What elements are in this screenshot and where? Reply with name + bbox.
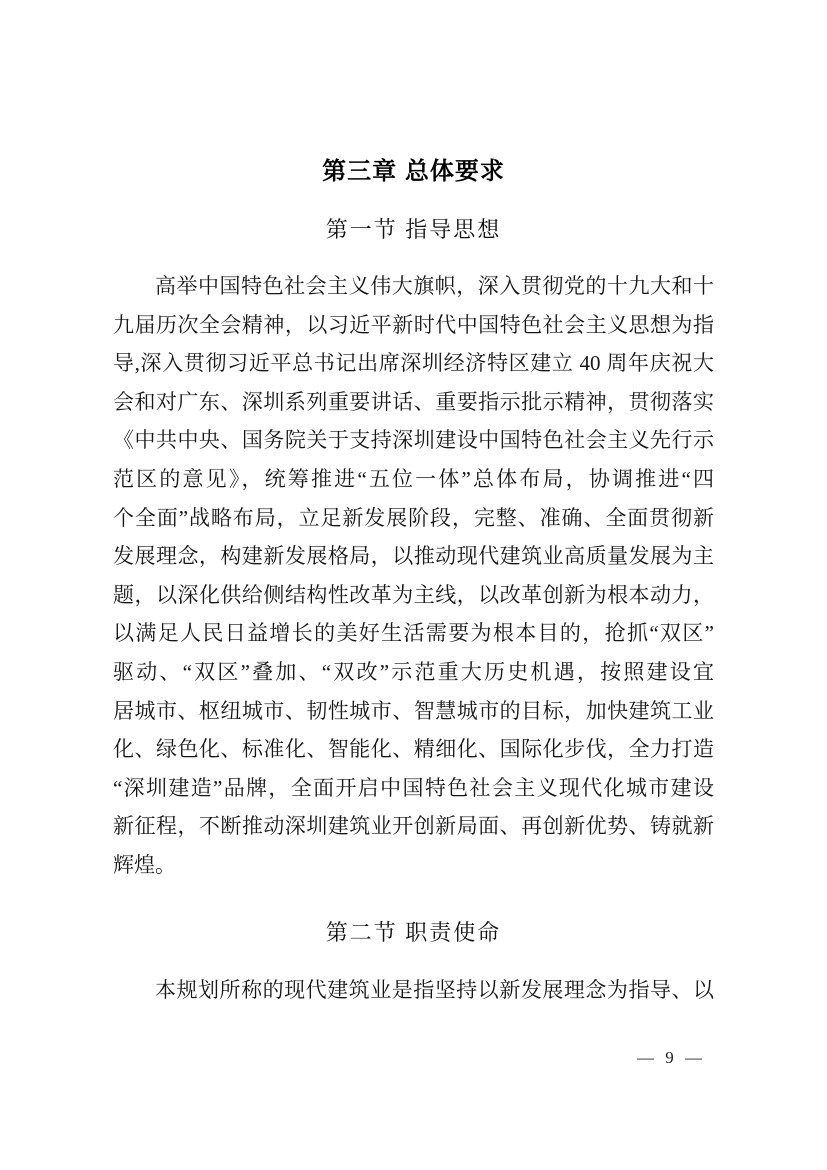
body-line: 驱动、“双区”叠加、“双改”示范重大历史机遇，按照建设宜 [113,653,714,692]
document-page: 第三章 总体要求 第一节 指导思想 高举中国特色社会主义伟大旗帜，深入贯彻党的十… [0,0,827,1170]
body-line: 高举中国特色社会主义伟大旗帜，深入贯彻党的十九大和十 [113,267,714,306]
body-line: 九届历次全会精神，以习近平新时代中国特色社会主义思想为指 [113,306,714,345]
body-line: 居城市、枢纽城市、韧性城市、智慧城市的目标，加快建筑工业 [113,692,714,731]
body-line: 化、绿色化、标准化、智能化、精细化、国际化步伐，全力打造 [113,730,714,769]
chapter-title: 第三章 总体要求 [0,151,827,186]
body-line: 题，以深化供给侧结构性改革为主线，以改革创新为根本动力， [113,576,714,615]
body-line: 《中共中央、国务院关于支持深圳建设中国特色社会主义先行示 [113,421,714,460]
body-line: 新征程，不断推动深圳建筑业开创新局面、再创新优势、铸就新 [113,807,714,846]
section-2-paragraph: 本规划所称的现代建筑业是指坚持以新发展理念为指导、以 [113,971,714,1010]
page-number: — 9 — [637,1048,702,1068]
body-line: 以满足人民日益增长的美好生活需要为根本目的，抢抓“双区” [113,614,714,653]
body-line: 本规划所称的现代建筑业是指坚持以新发展理念为指导、以 [113,971,714,1010]
body-line: 辉煌。 [113,846,714,885]
section-1-paragraph: 高举中国特色社会主义伟大旗帜，深入贯彻党的十九大和十 九届历次全会精神，以习近平… [113,267,714,885]
body-line: “深圳建造”品牌，全面开启中国特色社会主义现代化城市建设 [113,769,714,808]
body-line: 会和对广东、深圳系列重要讲话、重要指示批示精神，贯彻落实 [113,383,714,422]
section-1-title: 第一节 指导思想 [0,213,827,244]
body-line: 发展理念，构建新发展格局，以推动现代建筑业高质量发展为主 [113,537,714,576]
section-2-title: 第二节 职责使命 [0,916,827,947]
body-line: 导,深入贯彻习近平总书记出席深圳经济特区建立 40 周年庆祝大 [113,344,714,383]
body-line: 范区的意见》，统筹推进“五位一体”总体布局，协调推进“四 [113,460,714,499]
body-line: 个全面”战略布局，立足新发展阶段，完整、准确、全面贯彻新 [113,499,714,538]
